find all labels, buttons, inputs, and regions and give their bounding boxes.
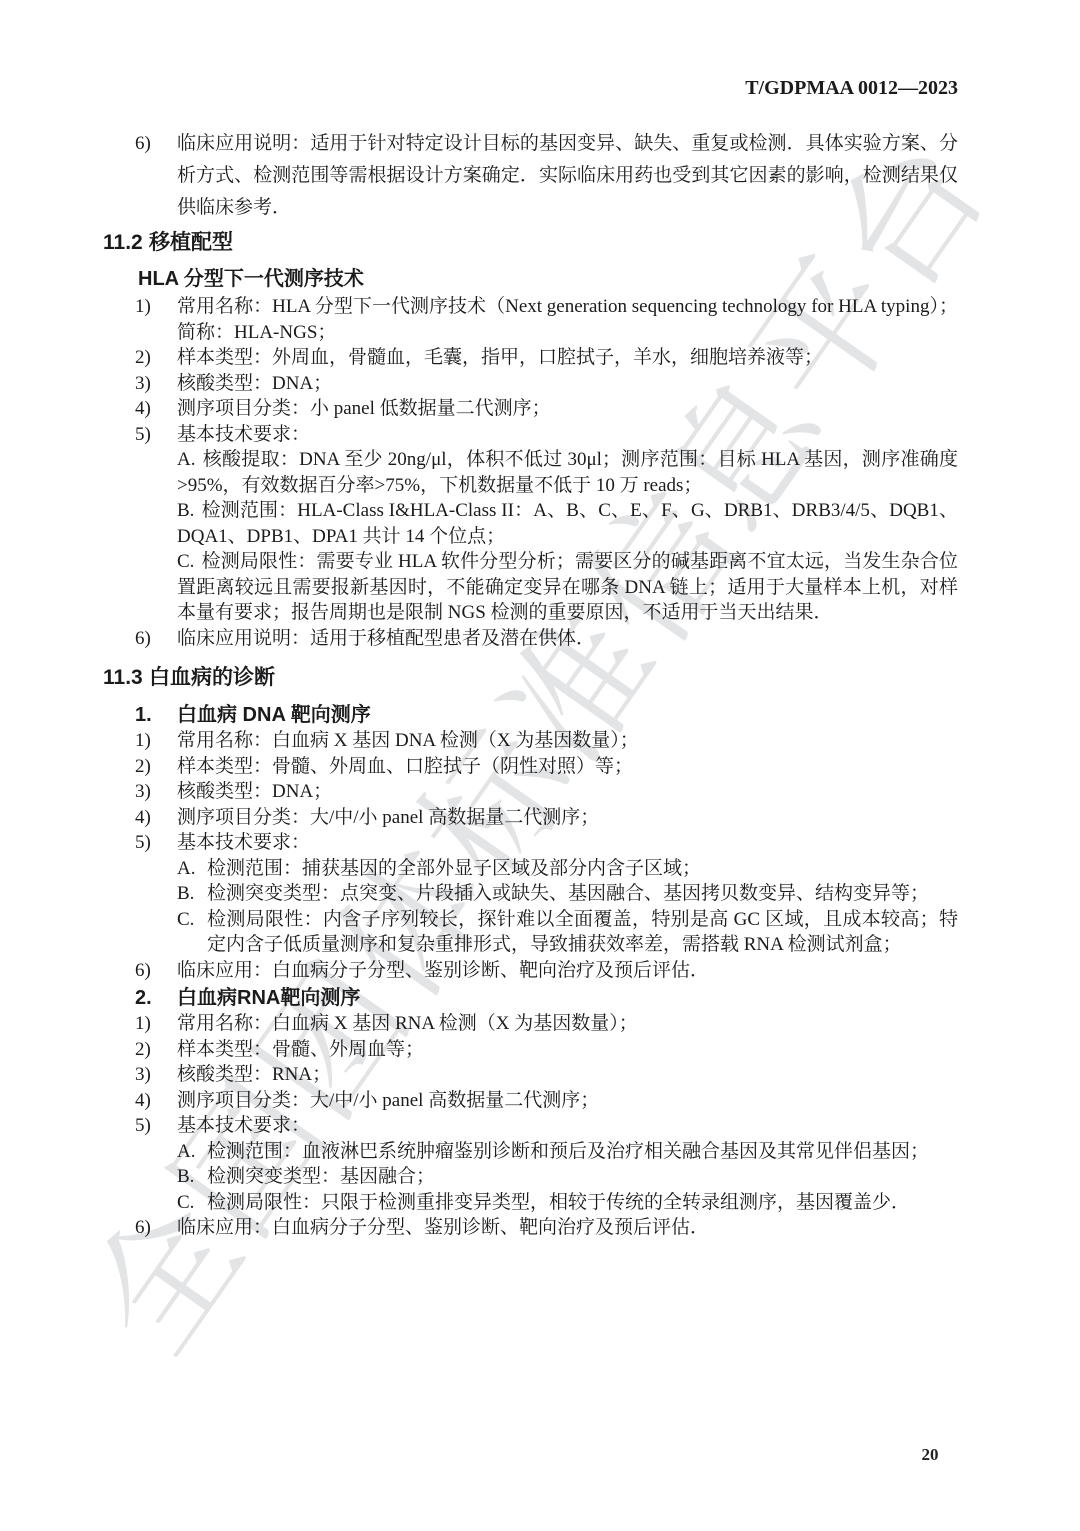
item-text: 临床应用说明：适用于针对特定设计目标的基因变异、缺失、重复或检测．具体实验方案、… <box>177 128 958 224</box>
sub-clause: C. 检测局限性：内含子序列较长，探针难以全面覆盖，特别是高 GC 区域，且成本… <box>177 907 958 958</box>
clause-item: 4) 测序项目分类：大/中/小 panel 高数据量二代测序； <box>100 1088 958 1114</box>
clause-item: 2) 样本类型：骨髓、外周血、口腔拭子（阴性对照）等； <box>100 754 958 780</box>
item-number: 5) <box>100 422 177 448</box>
section-heading-11-2: 11.2 移植配型 <box>100 230 958 256</box>
standard-code-header: T/GDPMAA 0012—2023 <box>100 76 958 100</box>
item-number: 2) <box>100 754 177 780</box>
block-title-text: 白血病 DNA 靶向测序 <box>177 702 371 728</box>
page-number: 20 <box>855 1445 1005 1465</box>
item-number: 6) <box>100 626 177 652</box>
method-block-title: 1. 白血病 DNA 靶向测序 <box>100 702 958 728</box>
item-number: 5) <box>100 830 177 856</box>
item-text: 临床应用：白血病分子分型、鉴别诊断、靶向治疗及预后评估． <box>177 958 958 984</box>
clause-item: 2) 样本类型：骨髓、外周血等； <box>100 1037 958 1063</box>
item-number: 5) <box>100 1113 177 1139</box>
sub-clause-label: C. <box>177 907 207 958</box>
item-text: 临床应用：白血病分子分型、鉴别诊断、靶向治疗及预后评估． <box>177 1215 958 1241</box>
sub-clause-label: C. <box>177 1190 207 1216</box>
clause-item: 3) 核酸类型：DNA； <box>100 779 958 805</box>
item-text: 核酸类型：DNA； <box>177 779 958 805</box>
item-number: 1) <box>100 1011 177 1037</box>
section-title: 移植配型 <box>149 230 233 256</box>
section-number: 11.3 <box>100 665 149 691</box>
block-number: 2. <box>100 985 177 1011</box>
sub-clause: B. 检测突变类型：点突变、片段插入或缺失、基因融合、基因拷贝数变异、结构变异等… <box>177 881 958 907</box>
item-text: 核酸类型：RNA； <box>177 1062 958 1088</box>
item-number: 6) <box>100 958 177 984</box>
item-number: 6) <box>100 128 177 224</box>
item-text: 基本技术要求： <box>177 422 958 448</box>
item-number: 4) <box>100 805 177 831</box>
sub-clause-label: B. <box>177 500 194 521</box>
item-text: 测序项目分类：小 panel 低数据量二代测序； <box>177 396 958 422</box>
clause-item: 6) 临床应用说明：适用于针对特定设计目标的基因变异、缺失、重复或检测．具体实验… <box>100 128 958 224</box>
clause-item: 6) 临床应用说明：适用于移植配型患者及潜在供体． <box>100 626 958 652</box>
clause-item: 6) 临床应用：白血病分子分型、鉴别诊断、靶向治疗及预后评估． <box>100 958 958 984</box>
item-text: 样本类型：骨髓、外周血等； <box>177 1037 958 1063</box>
item-text: 核酸类型：DNA； <box>177 371 958 397</box>
clause-item: 4) 测序项目分类：小 panel 低数据量二代测序； <box>100 396 958 422</box>
section-number: 11.2 <box>100 230 149 256</box>
sub-clause-label: A. <box>177 856 207 882</box>
sub-clause-label: B. <box>177 881 207 907</box>
sub-clause-text: 检测突变类型：基因融合； <box>207 1164 958 1190</box>
clause-list: 1) 常用名称：白血病 X 基因 DNA 检测（X 为基因数量）； 2) 样本类… <box>100 728 958 983</box>
item-text: 临床应用说明：适用于移植配型患者及潜在供体． <box>177 626 958 652</box>
sub-clause-text: 检测范围：血液淋巴系统肿瘤鉴别诊断和预后及治疗相关融合基因及其常见伴侣基因； <box>207 1139 958 1165</box>
clause-list: 1) 常用名称：白血病 X 基因 RNA 检测（X 为基因数量）； 2) 样本类… <box>100 1011 958 1241</box>
sub-clause: C. 检测局限性：只限于检测重排变异类型，相较于传统的全转录组测序，基因覆盖少． <box>177 1190 958 1216</box>
sub-clause-text: 检测局限性：需要专业 HLA 软件分型分析；需要区分的碱基距离不宜太远，当发生杂… <box>177 551 958 623</box>
sub-clause-text: 核酸提取：DNA 至少 20ng/μl，体积不低过 30μl；测序范围：目标 H… <box>177 449 958 496</box>
clause-item: 5) 基本技术要求： <box>100 422 958 448</box>
item-text: 常用名称：白血病 X 基因 RNA 检测（X 为基因数量）； <box>177 1011 958 1037</box>
clause-item: 6) 临床应用：白血病分子分型、鉴别诊断、靶向治疗及预后评估． <box>100 1215 958 1241</box>
sub-clause-label: B. <box>177 1164 207 1190</box>
sub-clause-text: 检测范围：捕获基因的全部外显子区域及部分内含子区域； <box>207 856 958 882</box>
block-number: 1. <box>100 702 177 728</box>
sub-clause-text: 检测局限性：只限于检测重排变异类型，相较于传统的全转录组测序，基因覆盖少． <box>207 1190 958 1216</box>
sub-clause-label: C. <box>177 551 194 572</box>
sub-clause: A.核酸提取：DNA 至少 20ng/μl，体积不低过 30μl；测序范围：目标… <box>177 447 958 498</box>
sub-clause-text: 检测局限性：内含子序列较长，探针难以全面覆盖，特别是高 GC 区域，且成本较高；… <box>207 907 958 958</box>
clause-item: 1) 常用名称：HLA 分型下一代测序技术（Next generation se… <box>100 294 958 345</box>
item-number: 2) <box>100 1037 177 1063</box>
sub-clause: A. 检测范围：血液淋巴系统肿瘤鉴别诊断和预后及治疗相关融合基因及其常见伴侣基因… <box>177 1139 958 1165</box>
block-title-text: 白血病RNA靶向测序 <box>177 985 360 1011</box>
sub-clause-text: 检测突变类型：点突变、片段插入或缺失、基因融合、基因拷贝数变异、结构变异等； <box>207 881 958 907</box>
sub-clause: B. 检测突变类型：基因融合； <box>177 1164 958 1190</box>
sub-clause-label: A. <box>177 1139 207 1165</box>
item-number: 4) <box>100 396 177 422</box>
item-text: 测序项目分类：大/中/小 panel 高数据量二代测序； <box>177 1088 958 1114</box>
sub-clause: A. 检测范围：捕获基因的全部外显子区域及部分内含子区域； <box>177 856 958 882</box>
clause-item: 1) 常用名称：白血病 X 基因 RNA 检测（X 为基因数量）； <box>100 1011 958 1037</box>
clause-item: 2) 样本类型：外周血，骨髓血，毛囊，指甲，口腔拭子，羊水，细胞培养液等； <box>100 345 958 371</box>
item-number: 3) <box>100 371 177 397</box>
clause-item: 3) 核酸类型：RNA； <box>100 1062 958 1088</box>
method-title: HLA 分型下一代测序技术 <box>138 266 958 292</box>
clause-item: 3) 核酸类型：DNA； <box>100 371 958 397</box>
clause-item: 5) 基本技术要求： <box>100 830 958 856</box>
item-number: 6) <box>100 1215 177 1241</box>
item-number: 1) <box>100 294 177 345</box>
page-content: T/GDPMAA 0012—2023 6) 临床应用说明：适用于针对特定设计目标… <box>100 0 958 1241</box>
item-number: 1) <box>100 728 177 754</box>
clause-list: 1) 常用名称：HLA 分型下一代测序技术（Next generation se… <box>100 294 958 651</box>
sub-clause-text: 检测范围：HLA-Class I&HLA-Class II：A、B、C、E、F、… <box>177 500 958 547</box>
item-number: 4) <box>100 1088 177 1114</box>
item-number: 2) <box>100 345 177 371</box>
item-text: 测序项目分类：大/中/小 panel 高数据量二代测序； <box>177 805 958 831</box>
item-text: 样本类型：外周血，骨髓血，毛囊，指甲，口腔拭子，羊水，细胞培养液等； <box>177 345 958 371</box>
clause-item: 4) 测序项目分类：大/中/小 panel 高数据量二代测序； <box>100 805 958 831</box>
sub-clause: B.检测范围：HLA-Class I&HLA-Class II：A、B、C、E、… <box>177 498 958 549</box>
section-title: 白血病的诊断 <box>149 665 275 691</box>
document-page: 全国团体标准信息平台 T/GDPMAA 0012—2023 6) 临床应用说明：… <box>0 0 1080 1531</box>
item-text: 基本技术要求： <box>177 1113 958 1139</box>
method-block-title: 2. 白血病RNA靶向测序 <box>100 985 958 1011</box>
sub-clause: C.检测局限性：需要专业 HLA 软件分型分析；需要区分的碱基距离不宜太远，当发… <box>177 549 958 626</box>
item-text: 常用名称：HLA 分型下一代测序技术（Next generation seque… <box>177 294 958 345</box>
clause-item: 1) 常用名称：白血病 X 基因 DNA 检测（X 为基因数量）； <box>100 728 958 754</box>
item-number: 3) <box>100 779 177 805</box>
item-text: 基本技术要求： <box>177 830 958 856</box>
section-heading-11-3: 11.3 白血病的诊断 <box>100 665 958 691</box>
sub-clause-label: A. <box>177 449 195 470</box>
item-text: 常用名称：白血病 X 基因 DNA 检测（X 为基因数量）； <box>177 728 958 754</box>
item-number: 3) <box>100 1062 177 1088</box>
item-text: 样本类型：骨髓、外周血、口腔拭子（阴性对照）等； <box>177 754 958 780</box>
clause-item: 5) 基本技术要求： <box>100 1113 958 1139</box>
